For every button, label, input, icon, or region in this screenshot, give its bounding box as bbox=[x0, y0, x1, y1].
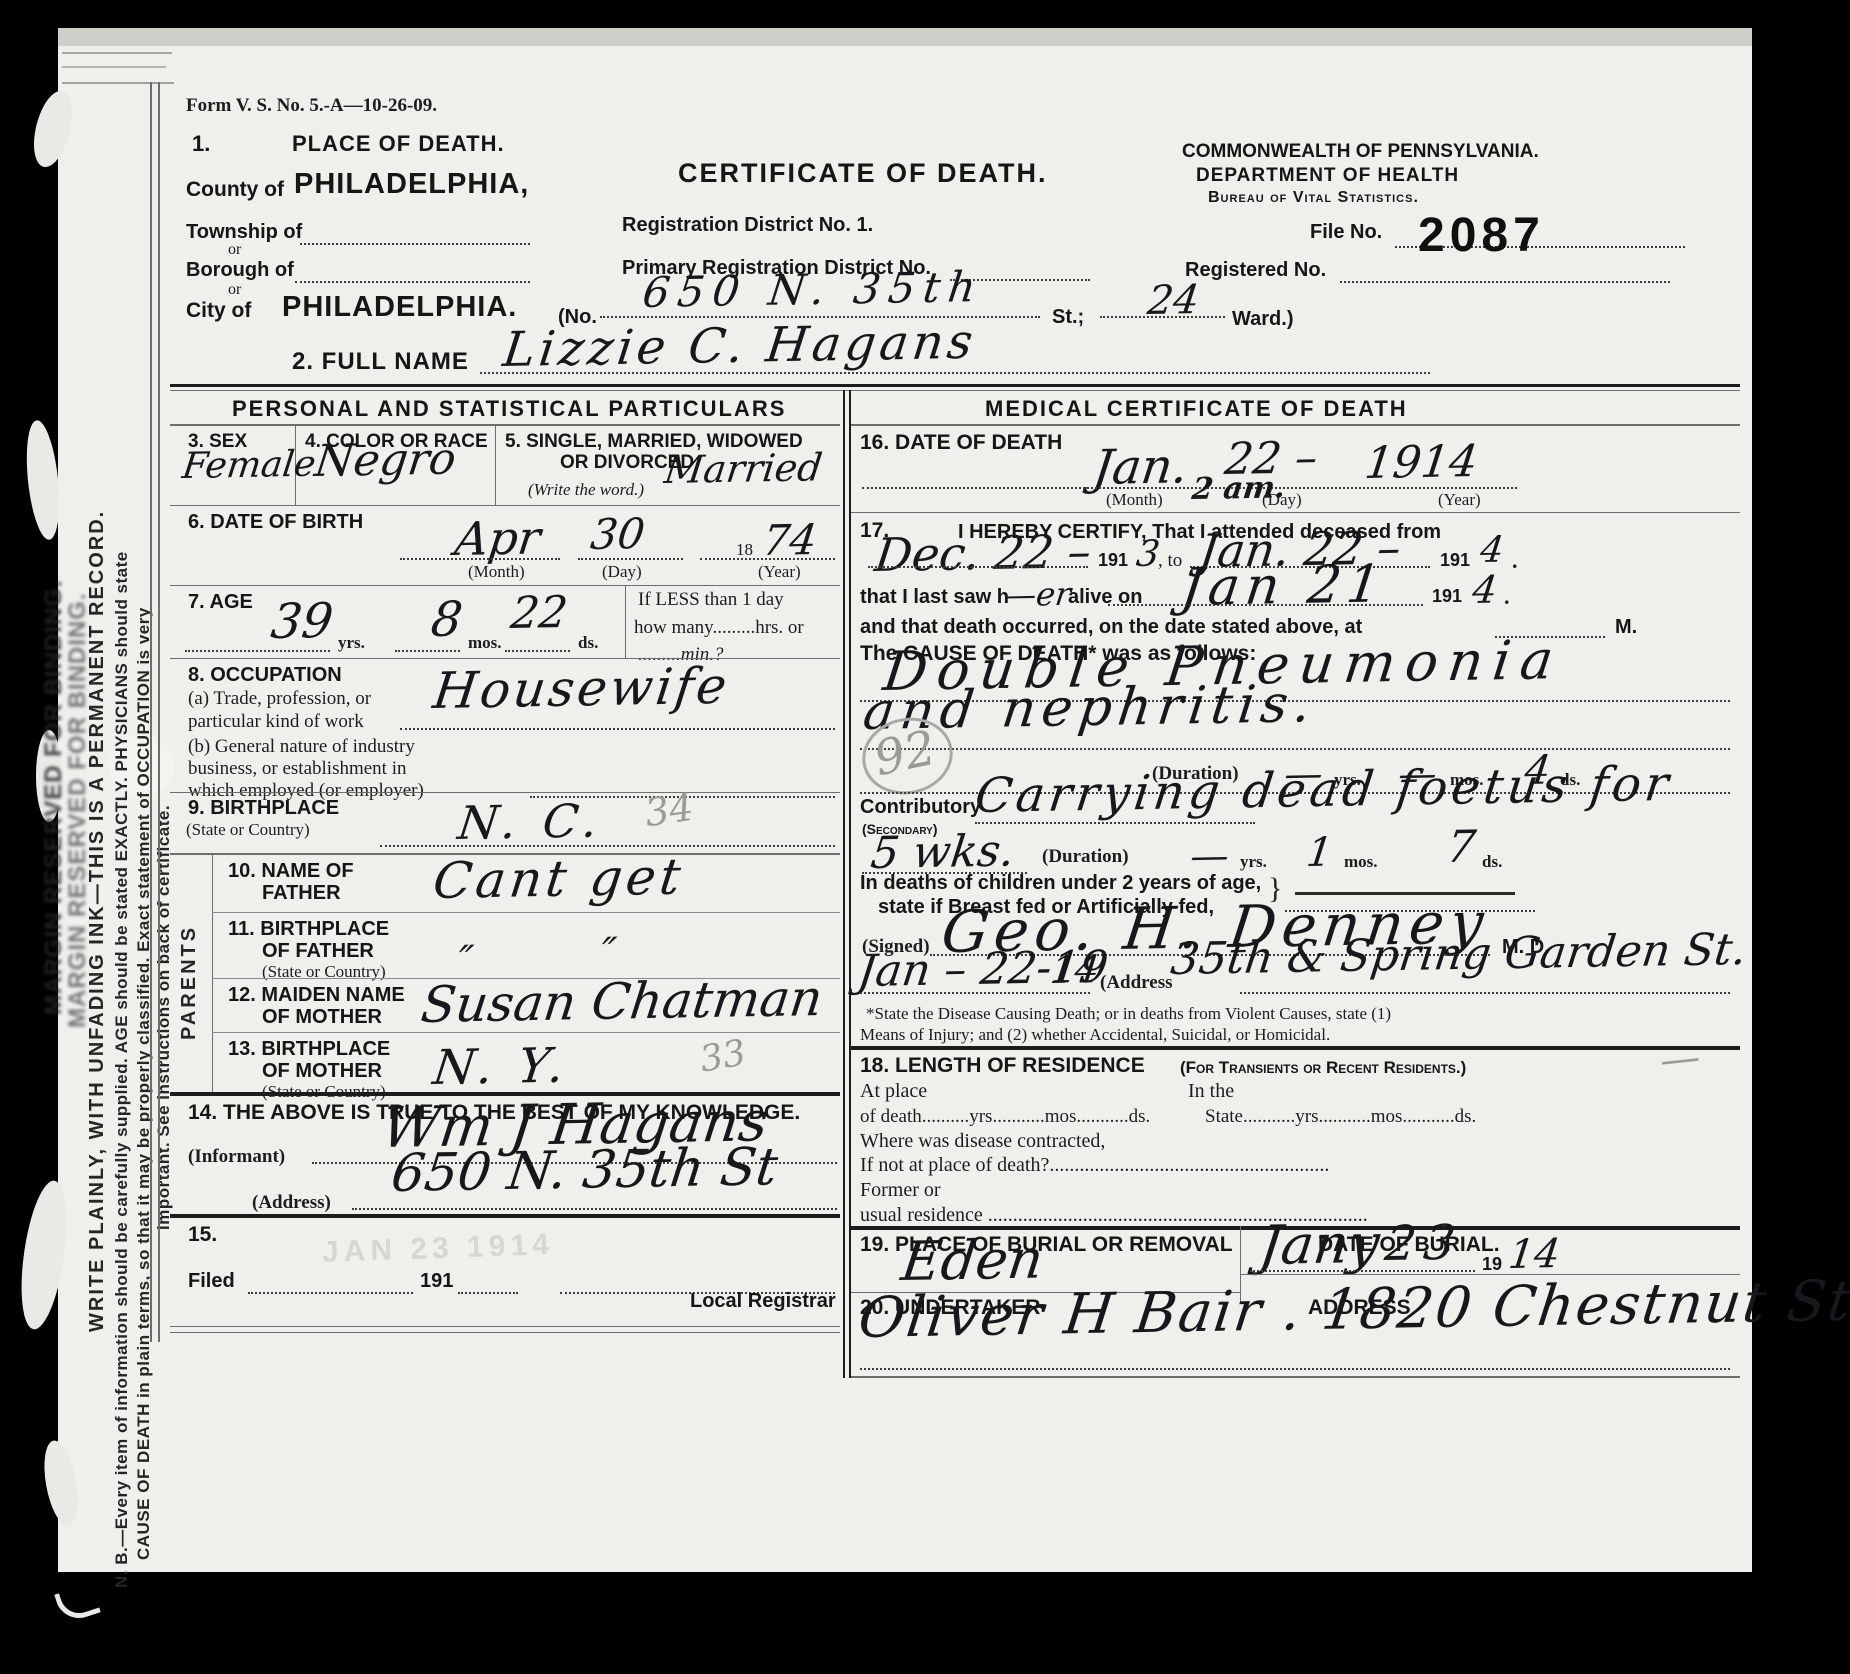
parents-label: PARENTS bbox=[178, 925, 201, 1040]
department-line: DEPARTMENT OF HEALTH bbox=[1196, 165, 1459, 187]
sex-value-handwritten: Female bbox=[180, 444, 318, 487]
mother-birthplace-handwritten: N. Y. bbox=[430, 1038, 572, 1096]
dob-line bbox=[578, 558, 683, 560]
date-of-death-label: 16. DATE OF DEATH bbox=[860, 431, 1062, 455]
residence-label: 18. LENGTH OF RESIDENCE bbox=[860, 1054, 1145, 1078]
burial-date-line bbox=[1250, 1270, 1475, 1272]
ward-line bbox=[1100, 316, 1225, 318]
margin-write-plainly: WRITE PLAINLY, WITH UNFADING INK—THIS IS… bbox=[86, 510, 109, 1332]
of-death-line: of death..........yrs...........mos.....… bbox=[860, 1106, 1150, 1128]
place-of-death-label: PLACE OF DEATH. bbox=[292, 131, 505, 157]
full-name-handwritten: Lizzie C. Hagans bbox=[500, 314, 980, 378]
mother-birthplace-label-1: 13. BIRTHPLACE bbox=[228, 1038, 390, 1061]
to-label: , to bbox=[1158, 550, 1182, 572]
township-line bbox=[300, 243, 530, 245]
informant-address-handwritten: 650 N. 35th St bbox=[388, 1137, 781, 1204]
day-caption: (Day) bbox=[1262, 490, 1302, 510]
period: . bbox=[1512, 548, 1518, 574]
father-birthplace-label-2: OF FATHER bbox=[262, 940, 374, 963]
footnote-line-1: *State the Disease Causing Death; or in … bbox=[866, 1004, 1391, 1024]
file-no-stamp: 2087 bbox=[1418, 208, 1545, 263]
rule bbox=[170, 1332, 840, 1333]
death-date-line bbox=[862, 487, 1517, 489]
column-divider bbox=[843, 390, 845, 1378]
age-line bbox=[505, 650, 570, 652]
rule bbox=[170, 792, 840, 793]
mother-name-label-1: 12. MAIDEN NAME bbox=[228, 984, 405, 1007]
age-line bbox=[395, 650, 460, 652]
dob-line bbox=[700, 558, 835, 560]
rule bbox=[212, 912, 840, 913]
personal-section-title: PERSONAL AND STATISTICAL PARTICULARS bbox=[232, 396, 786, 422]
age-line bbox=[185, 650, 330, 652]
birthplace-label: 9. BIRTHPLACE bbox=[188, 797, 339, 820]
last-saw-line bbox=[1108, 604, 1423, 606]
item-15: 15. bbox=[188, 1223, 217, 1247]
father-birthplace-label-1: 11. BIRTHPLACE bbox=[228, 918, 389, 941]
cause-line bbox=[860, 748, 1730, 750]
page-stack-line bbox=[62, 52, 172, 54]
preprint-191: 191 bbox=[1432, 586, 1462, 607]
county-value: PHILADELPHIA, bbox=[294, 168, 529, 201]
less-than-day-1: If LESS than 1 day bbox=[638, 589, 784, 611]
last-saw-text-1: that I last saw h bbox=[860, 586, 1009, 609]
full-name-line bbox=[480, 372, 1430, 374]
burial-day-handwritten: 23 bbox=[1382, 1215, 1466, 1272]
former-text: Former or bbox=[860, 1179, 941, 1202]
occupation-b1: (b) General nature of industry bbox=[188, 736, 415, 758]
month-caption: (Month) bbox=[1106, 490, 1163, 510]
birthplace-line bbox=[380, 845, 835, 847]
borough-label: Borough of bbox=[186, 259, 294, 282]
mother-name-label-2: OF MOTHER bbox=[262, 1006, 382, 1029]
item-1: 1. bbox=[192, 131, 210, 157]
dob-label: 6. DATE OF BIRTH bbox=[188, 511, 363, 534]
occupation-b2: business, or establishment in bbox=[188, 758, 406, 780]
yrs-caption: yrs. bbox=[338, 633, 365, 653]
heavy-rule bbox=[170, 1214, 840, 1218]
rule bbox=[170, 1326, 840, 1327]
preprint-191: 191 bbox=[1098, 550, 1128, 571]
form-number: Form V. S. No. 5.-A—10-26-09. bbox=[186, 95, 437, 117]
attend-line bbox=[868, 566, 1088, 568]
preprint-191: 191 bbox=[1440, 550, 1470, 571]
occupation-line bbox=[400, 728, 835, 730]
undertaker-line bbox=[860, 1368, 1730, 1370]
heavy-rule bbox=[851, 1046, 1740, 1050]
rule bbox=[851, 424, 1740, 426]
year-caption: (Year) bbox=[1438, 490, 1481, 510]
page-stack-edge bbox=[58, 28, 1753, 46]
certificate-title: CERTIFICATE OF DEATH. bbox=[678, 158, 1047, 189]
rule bbox=[170, 424, 840, 426]
occupation-a2: particular kind of work bbox=[188, 711, 364, 733]
mother-birthplace-label-2: OF MOTHER bbox=[262, 1060, 382, 1083]
contributory-weeks-handwritten: 5 wks. bbox=[868, 826, 1017, 879]
state-line: State...........yrs...........mos.......… bbox=[1205, 1106, 1476, 1128]
attended-from-handwritten: Dec. 22 – bbox=[872, 524, 1094, 582]
burial-preprint-19: 19 bbox=[1482, 1254, 1502, 1275]
rule bbox=[212, 1032, 840, 1033]
rule bbox=[170, 585, 840, 586]
birthplace-value-handwritten: N. C. bbox=[455, 793, 607, 850]
rule bbox=[851, 512, 1740, 513]
burial-month-handwritten: Jany bbox=[1256, 1212, 1383, 1277]
full-name-label: 2. FULL NAME bbox=[292, 348, 469, 376]
city-value: PHILADELPHIA. bbox=[282, 291, 517, 324]
disease-contracted-text: Where was disease contracted, bbox=[860, 1130, 1105, 1153]
bureau-line: Bureau of Vital Statistics. bbox=[1208, 189, 1419, 207]
filed-191: 191 bbox=[420, 1270, 453, 1293]
physician-address-line bbox=[1240, 992, 1730, 994]
or-word: or bbox=[228, 281, 241, 299]
filed-line bbox=[248, 1292, 413, 1294]
last-saw-date-handwritten: Jan 21 bbox=[1178, 554, 1390, 618]
county-label: County of bbox=[186, 178, 284, 202]
st-label: St.; bbox=[1052, 306, 1084, 329]
dob-day-handwritten: 30 bbox=[588, 509, 648, 559]
binding-rule bbox=[158, 82, 160, 1342]
ds-caption: ds. bbox=[578, 633, 598, 653]
children-note-1: In deaths of children under 2 years of a… bbox=[860, 872, 1261, 895]
race-value-handwritten: Negro bbox=[312, 434, 459, 487]
residence-sublabel: (For Transients or Recent Residents.) bbox=[1180, 1058, 1466, 1078]
yrs-caption: yrs. bbox=[1240, 852, 1267, 872]
filed-label: Filed bbox=[188, 1270, 235, 1293]
marital-value-handwritten: Married bbox=[662, 445, 825, 492]
less-than-day-2: how many.........hrs. or bbox=[634, 617, 804, 639]
father-name-handwritten: Cant get bbox=[430, 848, 688, 910]
rule bbox=[851, 1376, 1740, 1378]
binding-rule bbox=[150, 82, 152, 1342]
contributory-label: Contributory bbox=[860, 796, 981, 819]
mos-caption: mos. bbox=[468, 633, 502, 653]
registered-no-label: Registered No. bbox=[1185, 259, 1326, 282]
at-place-text: At place bbox=[860, 1080, 927, 1103]
burial-year-handwritten: 14 bbox=[1506, 1231, 1563, 1278]
scanned-death-certificate: { "caps": { "month": "(Month)", "day": "… bbox=[0, 0, 1850, 1674]
occupation-label: 8. OCCUPATION bbox=[188, 664, 342, 687]
if-not-text: If not at place of death?...............… bbox=[860, 1154, 1329, 1177]
filed-line bbox=[458, 1292, 518, 1294]
ds-caption: ds. bbox=[1482, 852, 1502, 872]
marital-hint: (Write the word.) bbox=[528, 480, 644, 500]
commonwealth-line: COMMONWEALTH OF PENNSYLVANIA. bbox=[1182, 141, 1539, 163]
registration-district: Registration District No. 1. bbox=[622, 214, 873, 237]
mother-birthplace-pencil-note: 33 bbox=[697, 1032, 749, 1080]
scan-band-bottom bbox=[0, 1572, 1850, 1674]
street-value-handwritten: 650 N. 35th bbox=[640, 262, 986, 317]
father-name-label-1: 10. NAME OF bbox=[228, 860, 354, 883]
cell-divider bbox=[495, 424, 496, 505]
registered-no-line bbox=[1340, 281, 1670, 283]
contributory-line bbox=[975, 822, 1255, 824]
borough-line bbox=[295, 281, 530, 283]
state-country-caption: (State or Country) bbox=[262, 962, 386, 982]
period: . bbox=[1504, 584, 1510, 610]
month-caption: (Month) bbox=[468, 562, 525, 582]
duration-caption: (Duration) bbox=[1042, 846, 1129, 868]
parents-bracket-line bbox=[212, 855, 213, 1092]
margin-nb-line3: important. See instructions on back of c… bbox=[154, 805, 174, 1230]
informant-address-line bbox=[352, 1208, 837, 1210]
pencil-check-mark: — bbox=[1658, 1034, 1703, 1084]
age-label: 7. AGE bbox=[188, 591, 253, 614]
age-days-handwritten: 22 bbox=[508, 587, 570, 639]
ward-label: Ward.) bbox=[1232, 308, 1293, 331]
occupation-a1: (a) Trade, profession, or bbox=[188, 688, 371, 710]
page-stack-line bbox=[62, 66, 166, 68]
m-caption: M. bbox=[1615, 616, 1637, 639]
file-no-label: File No. bbox=[1310, 221, 1382, 244]
dob-line bbox=[400, 558, 560, 560]
township-label: Township of bbox=[186, 221, 302, 244]
address-caption: (Address) bbox=[252, 1192, 331, 1214]
year-caption: (Year) bbox=[758, 562, 801, 582]
state-country-caption: (State or Country) bbox=[186, 820, 310, 840]
address-caption: (Address bbox=[1100, 972, 1173, 994]
section-separator-thin bbox=[170, 390, 1740, 391]
footnote-line-2: Means of Injury; and (2) whether Acciden… bbox=[860, 1025, 1330, 1045]
last-saw-er-handwritten: —er bbox=[1002, 575, 1073, 614]
section-separator bbox=[170, 384, 1740, 387]
informant-caption: (Informant) bbox=[188, 1146, 285, 1168]
dob-year-preprint: 18 bbox=[736, 540, 753, 560]
day-caption: (Day) bbox=[602, 562, 642, 582]
death-year-handwritten: 1914 bbox=[1362, 436, 1481, 489]
margin-nb-line1: N. B.—Every item of information should b… bbox=[112, 551, 132, 1588]
signed-date-line bbox=[860, 992, 1090, 994]
or-word: or bbox=[228, 241, 241, 259]
city-label: City of bbox=[186, 299, 251, 323]
mother-name-handwritten: Susan Chatman bbox=[418, 969, 826, 1034]
age-years-handwritten: 39 bbox=[268, 593, 336, 650]
rule bbox=[170, 658, 840, 659]
rule bbox=[170, 505, 840, 506]
cell-divider bbox=[625, 585, 626, 658]
signed-date-year-handwritten: 14 bbox=[1048, 947, 1102, 992]
mos-caption: mos. bbox=[1344, 852, 1378, 872]
father-name-label-2: FATHER bbox=[262, 882, 341, 905]
local-registrar-label: Local Registrar bbox=[690, 1290, 836, 1313]
medical-section-title: MEDICAL CERTIFICATE OF DEATH bbox=[985, 396, 1408, 422]
scan-band-right bbox=[1752, 0, 1850, 1674]
physician-address-handwritten: 35th & Spring Garden St. bbox=[1168, 924, 1749, 985]
in-the-text: In the bbox=[1188, 1080, 1234, 1103]
occupation-value-handwritten: Housewife bbox=[430, 657, 733, 720]
birthplace-pencil-note: 34 bbox=[642, 785, 696, 835]
